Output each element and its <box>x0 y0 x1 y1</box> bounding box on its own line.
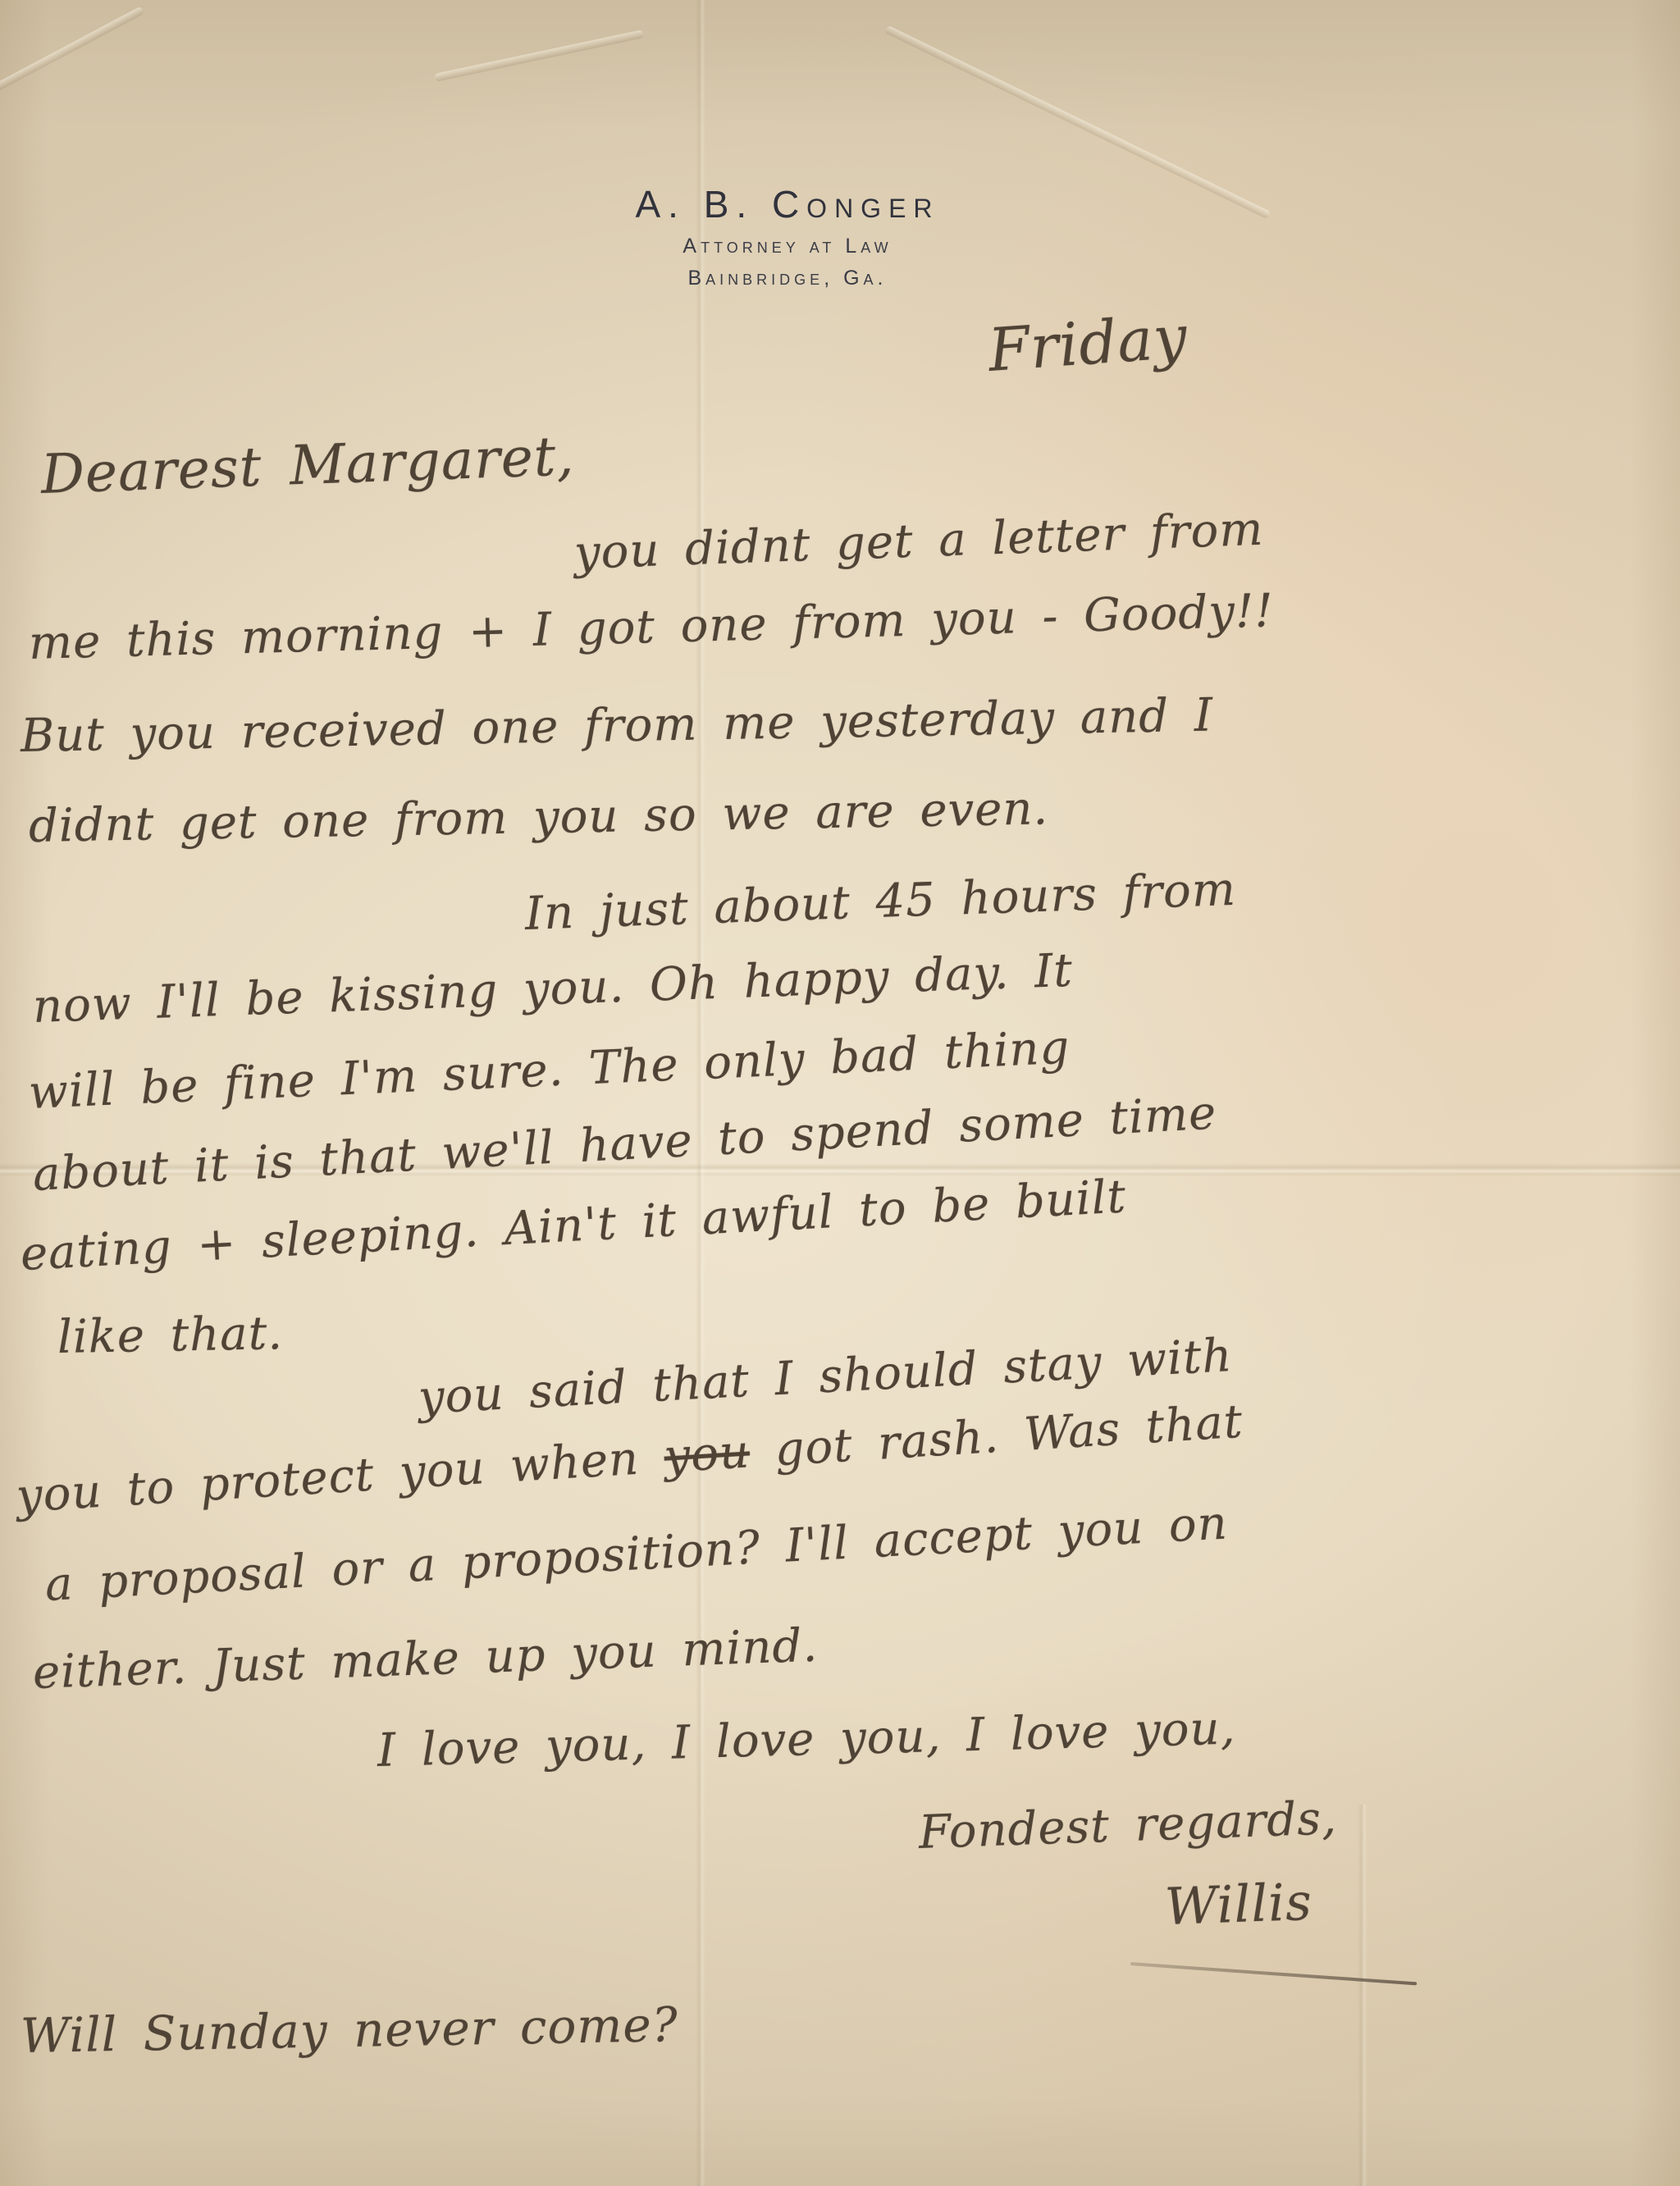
top-wrinkle-crease <box>434 30 644 82</box>
letter-line: you didnt get a letter from <box>573 503 1265 580</box>
letter-line-with-strikeout: you to protect you when you got rash. Wa… <box>15 1395 1244 1523</box>
letter-line: a proposal or a proposition? I'll accept… <box>43 1496 1229 1611</box>
top-left-wrinkle-crease <box>0 6 145 98</box>
letter-paper: A. B. Conger Attorney at Law Bainbridge,… <box>0 0 1680 2186</box>
love-line: I love you, I love you, I love you, <box>377 1702 1236 1778</box>
letter-line: But you received one from me yesterday a… <box>20 689 1213 763</box>
strike-line-pre: you to protect you when <box>15 1431 666 1523</box>
struck-word: you <box>663 1425 751 1483</box>
letter-line: now I'll be kissing you. Oh happy day. I… <box>32 944 1074 1034</box>
salutation: Dearest Margaret, <box>40 424 576 506</box>
signature: Willis <box>1164 1872 1313 1937</box>
letterhead: A. B. Conger Attorney at Law Bainbridge,… <box>566 182 1009 290</box>
letter-line: like that. <box>57 1307 283 1364</box>
date-line: Friday <box>986 302 1189 385</box>
signature-underline <box>1130 1962 1417 1985</box>
letterhead-title: Attorney at Law <box>566 235 1009 258</box>
vertical-fold-crease <box>696 0 705 2186</box>
letterhead-name: A. B. Conger <box>566 182 1009 226</box>
letter-line: either. Just make up you mind. <box>32 1619 819 1700</box>
vertical-fold-crease-lower <box>1358 1805 1367 2186</box>
letter-line: In just about 45 hours from <box>524 863 1237 941</box>
strike-line-post: got rash. Was that <box>748 1395 1244 1479</box>
letter-line: me this morning + I got one from you - G… <box>28 584 1274 670</box>
postscript: Will Sunday never come? <box>20 1997 678 2064</box>
letterhead-location: Bainbridge, Ga. <box>566 267 1009 290</box>
closing-line: Fondest regards, <box>918 1791 1338 1860</box>
letter-line: didnt get one from you so we are even. <box>28 782 1048 853</box>
